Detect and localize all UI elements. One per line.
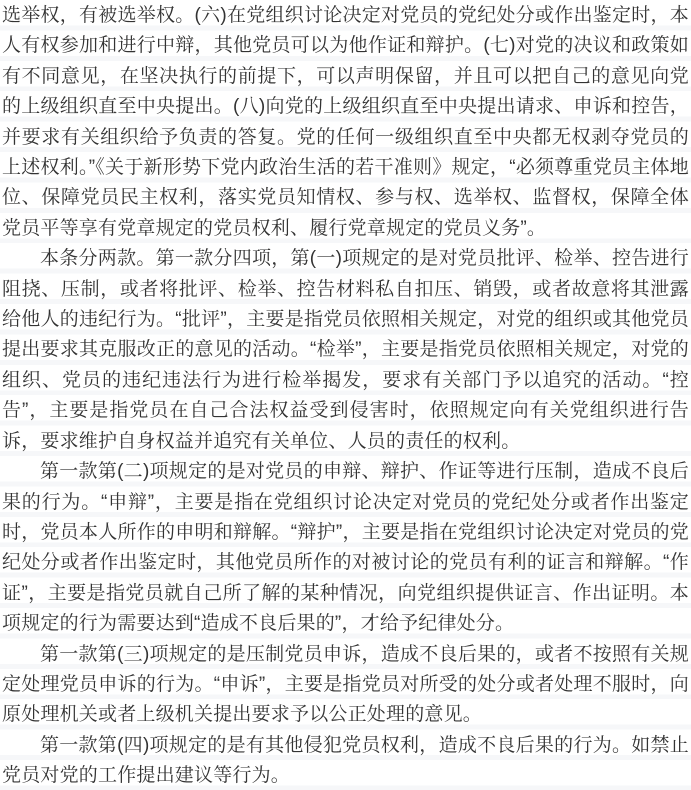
paragraph-continuation: 选举权，有被选举权。(六)在党组织讨论决定对党员的党纪处分或作出鉴定时，本人有权… — [2, 1, 689, 244]
paragraph: 第一款第(三)项规定的是压制党员申诉，造成不良后果的，或者不按照有关规定处理党员… — [2, 640, 689, 731]
paragraph: 第一款第(四)项规定的是有其他侵犯党员权利，造成不良后果的行为。如禁止党员对党的… — [2, 731, 689, 790]
paragraph: 第一款第(二)项规定的是对党员的申辩、辩护、作证等进行压制，造成不良后果的行为。… — [2, 457, 689, 639]
document-page: 选举权，有被选举权。(六)在党组织讨论决定对党员的党纪处分或作出鉴定时，本人有权… — [0, 0, 691, 790]
paragraph: 本条分两款。第一款分四项，第(一)项规定的是对党员批评、检举、控告进行阻挠、压制… — [2, 244, 689, 457]
